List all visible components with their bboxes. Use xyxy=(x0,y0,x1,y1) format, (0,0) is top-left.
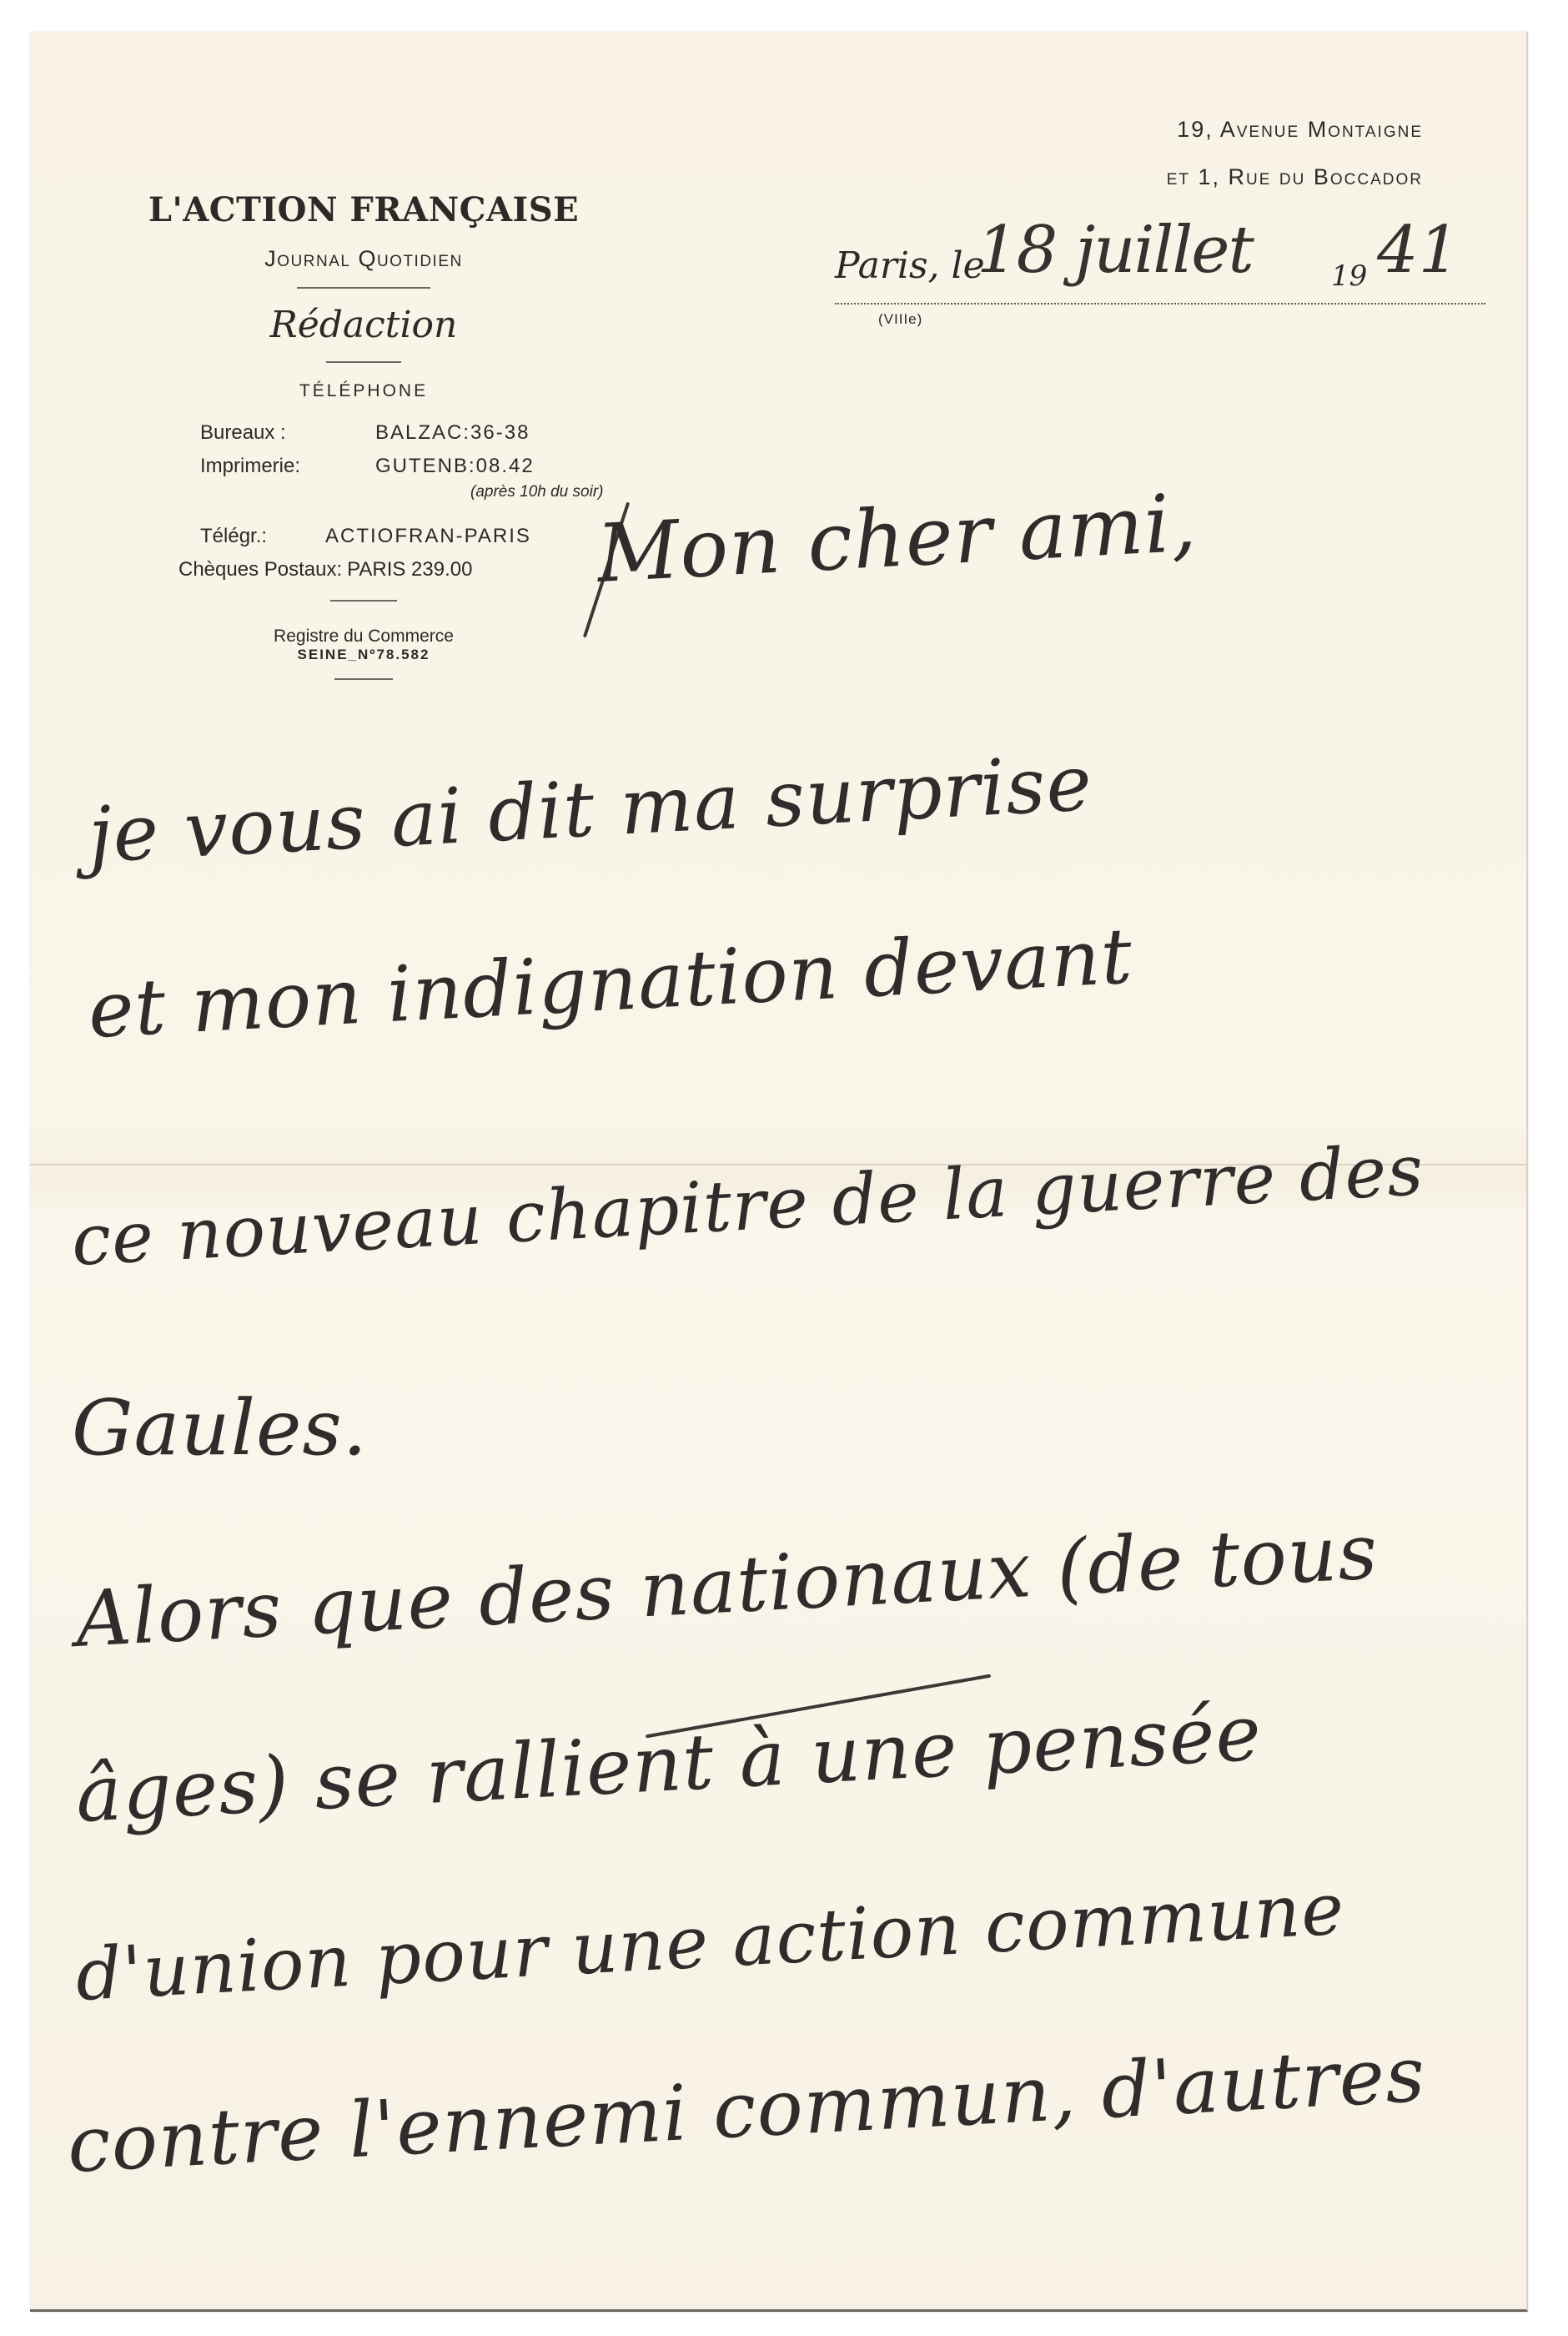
letter-line: Gaules. xyxy=(72,1383,368,1473)
year-handwritten: 41 xyxy=(1377,213,1460,288)
phone-value: BALZAC:36-38 xyxy=(375,416,530,450)
phone-row-imprimerie: Imprimerie: GUTENB:08.42 xyxy=(200,450,622,483)
letter-line: d'union pour une action commune xyxy=(73,1867,1346,2017)
letter-page: L'ACTION FRANÇAISE Journal Quotidien Réd… xyxy=(30,32,1528,2312)
telegraph-value: ACTIOFRAN-PARIS xyxy=(325,520,531,553)
letter-line: je vous ai dit ma surprise xyxy=(86,738,1094,880)
handwritten-date: 18 juillet xyxy=(977,213,1253,288)
place-label: Paris, le xyxy=(835,244,985,287)
phone-label: Bureaux : xyxy=(200,416,375,450)
imprimerie-note: (après 10h du soir) xyxy=(470,483,622,501)
divider xyxy=(297,287,430,289)
letter-line: âges) se rallient à une pensée xyxy=(73,1689,1264,1840)
phone-label: Imprimerie: xyxy=(200,450,375,483)
divider xyxy=(326,361,401,363)
address-line-2: et 1, Rue du Boccador xyxy=(922,164,1423,190)
cheques-value: PARIS 239.00 xyxy=(347,553,472,587)
cheques-row: Chèques Postaux: PARIS 239.00 xyxy=(178,553,622,587)
phone-row-bureaux: Bureaux : BALZAC:36-38 xyxy=(200,416,622,450)
registre-number: SEINE_Nº78.582 xyxy=(105,647,622,663)
newspaper-subtitle: Journal Quotidien xyxy=(105,246,622,272)
department-label: Rédaction xyxy=(105,304,622,346)
registre-label: Registre du Commerce xyxy=(105,627,622,647)
year-printed: 19 xyxy=(1331,259,1367,293)
divider xyxy=(330,600,397,602)
letterhead: L'ACTION FRANÇAISE Journal Quotidien Réd… xyxy=(105,190,622,695)
arrondissement-label: (VIIIe) xyxy=(878,311,922,328)
letter-line: et mon indignation devant xyxy=(86,911,1134,1055)
letter-line: Alors que des nationaux (de tous xyxy=(73,1507,1380,1664)
contact-rows: Bureaux : BALZAC:36-38 Imprimerie: GUTEN… xyxy=(200,416,622,587)
telegraph-row: Télégr.: ACTIOFRAN-PARIS xyxy=(200,520,622,553)
phone-value: GUTENB:08.42 xyxy=(375,450,535,483)
letter-line: contre l'ennemi commun, d'autres xyxy=(65,2030,1427,2190)
letter-line: ce nouveau chapitre de la guerre des xyxy=(69,1129,1425,1281)
cheques-label: Chèques Postaux: xyxy=(178,553,342,587)
dateline: Paris, le (VIIIe) 18 juillet 19 41 xyxy=(835,244,1485,305)
divider xyxy=(334,678,393,680)
address-line-1: 19, Avenue Montaigne xyxy=(922,117,1423,143)
telegraph-label: Télégr.: xyxy=(200,520,325,553)
newspaper-title: L'ACTION FRANÇAISE xyxy=(105,190,622,229)
address-block: 19, Avenue Montaigne et 1, Rue du Boccad… xyxy=(922,117,1423,190)
telephone-heading: TÉLÉPHONE xyxy=(105,381,622,401)
salutation: Mon cher ami, xyxy=(595,476,1199,601)
